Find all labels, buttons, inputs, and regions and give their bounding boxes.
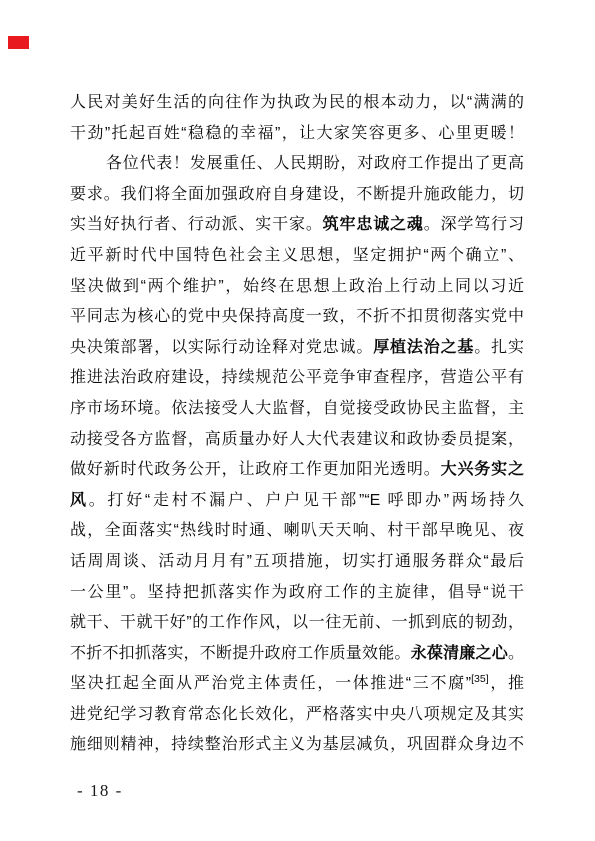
text-line: 风。打好“走村不漏户、户户见干部”“E 呼即办”两场持久 (70, 486, 524, 517)
text-segment: 坚决做到“两个维护”，始终在思想上政治上行动上同以习近 (70, 278, 524, 295)
text-segment: 永葆清廉之心 (411, 645, 508, 662)
text-segment: 施细则精神，持续整治形式主义为基层减负，巩固群众身边不 (70, 736, 524, 753)
text-line: 近平新时代中国特色社会主义思想，坚定拥护“两个确立”、 (70, 241, 524, 272)
text-line: 一公里”。坚持把抓落实作为政府工作的主旋律，倡导“说干 (70, 578, 524, 609)
text-line: 就干、干就干好”的工作作风，以一往无前、一抓到底的韧劲， (70, 608, 524, 639)
text-line: 战，全面落实“热线时时通、喇叭天天响、村干部早晚见、夜 (70, 516, 524, 547)
text-segment: 。深学笃行习 (424, 216, 524, 233)
red-annotation-mark (8, 36, 29, 49)
text-line: 进党纪学习教育常态化长效化，严格落实中央八项规定及其实 (70, 700, 524, 731)
document-page: 人民对美好生活的向往作为执政为民的根本动力，以“满满的干劲”托起百姓“稳稳的幸福… (0, 0, 595, 841)
text-segment: 各位代表！发展重任、人民期盼，对政府工作提出了更高 (106, 155, 524, 172)
text-segment: 动接受各方监督，高质量办好人大代表建议和政协委员提案， (70, 431, 524, 448)
text-segment: 近平新时代中国特色社会主义思想，坚定拥护“两个确立”、 (70, 247, 524, 264)
text-segment: 话周周谈、活动月月有”五项措施，切实打通服务群众“最后 (70, 553, 524, 570)
text-line: 不折不扣抓落实，不断提升政府工作质量效能。永葆清廉之心。 (70, 639, 524, 670)
text-segment: 进党纪学习教育常态化长效化，严格落实中央八项规定及其实 (70, 706, 524, 723)
text-line: 话周周谈、活动月月有”五项措施，切实打通服务群众“最后 (70, 547, 524, 578)
text-segment: 实当好执行者、行动派、实干家。 (70, 216, 323, 233)
text-segment: 平同志为核心的党中央保持高度一致，不折不扣贯彻落实党中 (70, 308, 524, 325)
footnote-reference: [35] (471, 673, 489, 685)
text-segment: 推进法治政府建设，持续规范公平竞争审查程序，营造公平有 (70, 369, 524, 386)
text-segment: 央决策部署，以实际行动诠释对党忠诚。 (70, 339, 373, 356)
text-segment: 要求。我们将全面加强政府自身建设，不断提升施政能力，切 (70, 186, 524, 203)
text-line: 做好新时代政务公开，让政府工作更加阳光透明。大兴务实之 (70, 455, 524, 486)
text-segment: 筑牢忠诚之魂 (323, 216, 424, 233)
text-segment: ，推 (489, 675, 524, 692)
text-line: 序市场环境。依法接受人大监督，自觉接受政协民主监督，主 (70, 394, 524, 425)
text-segment: 风 (70, 492, 89, 509)
text-line: 动接受各方监督，高质量办好人大代表建议和政协委员提案， (70, 425, 524, 456)
page-number: - 18 - (77, 781, 123, 801)
text-segment: 一公里”。坚持把抓落实作为政府工作的主旋律，倡导“说干 (70, 584, 524, 601)
text-line: 干劲”托起百姓“稳稳的幸福”，让大家笑容更多、心里更暖！ (70, 119, 524, 150)
text-block: 人民对美好生活的向往作为执政为民的根本动力，以“满满的干劲”托起百姓“稳稳的幸福… (70, 88, 524, 761)
text-segment: 。 (508, 645, 524, 662)
text-line: 坚决扛起全面从严治党主体责任，一体推进“三不腐”[35]，推 (70, 669, 524, 700)
text-segment: 人民对美好生活的向往作为执政为民的根本动力，以“满满的 (70, 94, 524, 111)
text-segment: 序市场环境。依法接受人大监督，自觉接受政协民主监督，主 (70, 400, 524, 417)
text-line: 推进法治政府建设，持续规范公平竞争审查程序，营造公平有 (70, 363, 524, 394)
text-segment: 就干、干就干好”的工作作风，以一往无前、一抓到底的韧劲， (70, 614, 524, 631)
text-line: 央决策部署，以实际行动诠释对党忠诚。厚植法治之基。扎实 (70, 333, 524, 364)
text-line: 平同志为核心的党中央保持高度一致，不折不扣贯彻落实党中 (70, 302, 524, 333)
text-segment: 干劲”托起百姓“稳稳的幸福”，让大家笑容更多、心里更暖！ (70, 125, 524, 142)
text-segment: 战，全面落实“热线时时通、喇叭天天响、村干部早晚见、夜 (70, 522, 524, 539)
text-line: 各位代表！发展重任、人民期盼，对政府工作提出了更高 (70, 149, 524, 180)
text-segment: 坚决扛起全面从严治党主体责任，一体推进“三不腐” (70, 675, 471, 692)
text-segment: 不折不扣抓落实，不断提升政府工作质量效能。 (70, 645, 411, 662)
text-line: 实当好执行者、行动派、实干家。筑牢忠诚之魂。深学笃行习 (70, 210, 524, 241)
text-line: 施细则精神，持续整治形式主义为基层减负，巩固群众身边不 (70, 730, 524, 761)
text-segment: 大兴务实之 (441, 461, 524, 478)
text-segment: 做好新时代政务公开，让政府工作更加阳光透明。 (70, 461, 441, 478)
text-segment: 。打好“走村不漏户、户户见干部”“E 呼即办”两场持久 (89, 492, 524, 509)
text-segment: 厚植法治之基 (373, 339, 474, 356)
text-line: 人民对美好生活的向往作为执政为民的根本动力，以“满满的 (70, 88, 524, 119)
text-line: 坚决做到“两个维护”，始终在思想上政治上行动上同以习近 (70, 272, 524, 303)
text-segment: 。扎实 (474, 339, 524, 356)
text-line: 要求。我们将全面加强政府自身建设，不断提升施政能力，切 (70, 180, 524, 211)
